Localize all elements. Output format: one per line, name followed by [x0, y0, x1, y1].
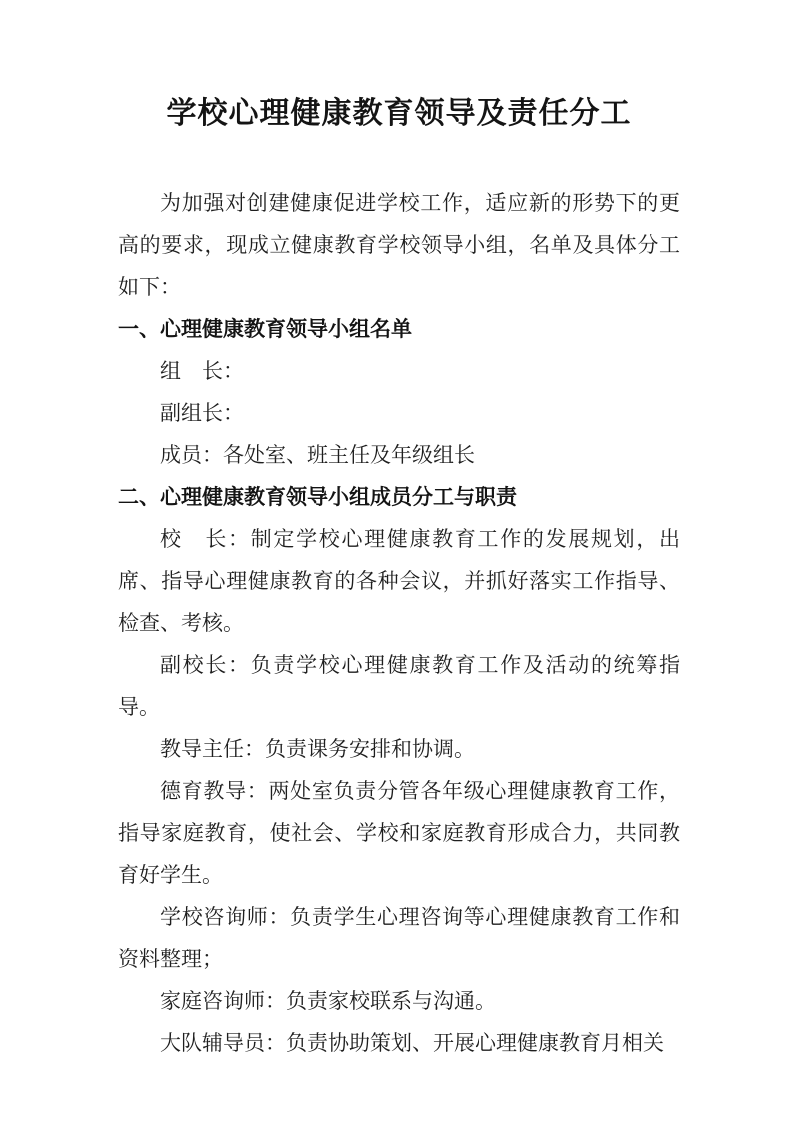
line-deputy-group-leader: 副组长：	[118, 392, 680, 434]
document-content: 学校心理健康教育领导及责任分工 为加强对创建健康促进学校工作，适应新的形势下的更…	[118, 0, 680, 1064]
document-body: 为加强对创建健康促进学校工作，适应新的形势下的更高的要求，现成立健康教育学校领导…	[118, 182, 680, 1064]
duty-moral-education-director: 德育教导：两处室负责分管各年级心理健康教育工作，指导家庭教育，使社会、学校和家庭…	[118, 770, 680, 896]
section-2-heading: 二、心理健康教育领导小组成员分工与职责	[118, 476, 680, 518]
duty-family-counselor: 家庭咨询师：负责家校联系与沟通。	[118, 980, 680, 1022]
duty-brigade-counselor: 大队辅导员：负责协助策划、开展心理健康教育月相关	[118, 1022, 680, 1064]
paragraph-intro: 为加强对创建健康促进学校工作，适应新的形势下的更高的要求，现成立健康教育学校领导…	[118, 182, 680, 308]
document-title: 学校心理健康教育领导及责任分工	[118, 92, 680, 136]
document-page: 学校心理健康教育领导及责任分工 为加强对创建健康促进学校工作，适应新的形势下的更…	[0, 0, 793, 1122]
section-1-heading: 一、心理健康教育领导小组名单	[118, 308, 680, 350]
duty-dean-of-studies: 教导主任：负责课务安排和协调。	[118, 728, 680, 770]
duty-vice-principal: 副校长：负责学校心理健康教育工作及活动的统筹指导。	[118, 644, 680, 728]
duty-principal: 校 长：制定学校心理健康教育工作的发展规划，出席、指导心理健康教育的各种会议，并…	[118, 518, 680, 644]
line-group-leader: 组 长：	[118, 350, 680, 392]
duty-school-counselor: 学校咨询师：负责学生心理咨询等心理健康教育工作和资料整理；	[118, 896, 680, 980]
line-members: 成员：各处室、班主任及年级组长	[118, 434, 680, 476]
